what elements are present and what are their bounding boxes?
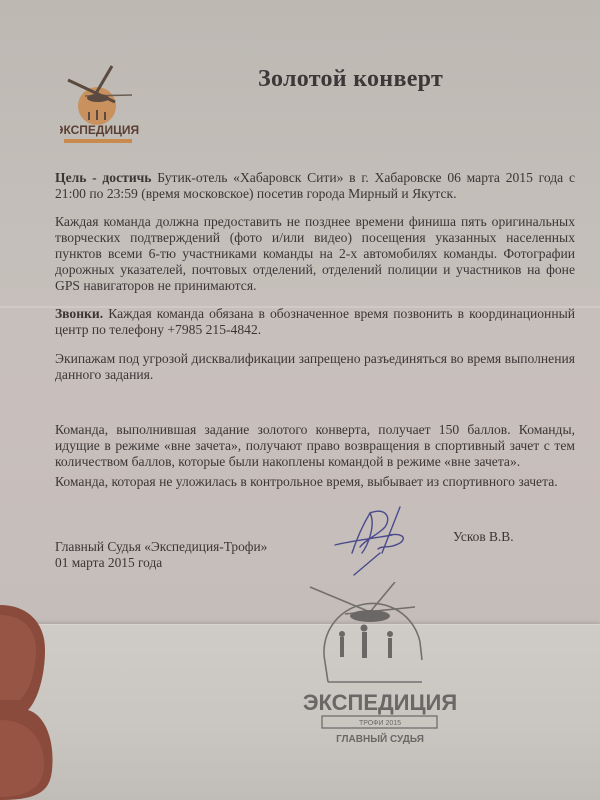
expedition-helicopter-logo-icon: ЭКСПЕДИЦИЯ [60, 60, 140, 155]
paragraph-points: Команда, выполнившая задание золотого ко… [55, 422, 575, 470]
signatory-name: Усков В.В. [453, 529, 514, 545]
signature-date: 01 марта 2015 года [55, 555, 267, 571]
paper-sheet: ЭКСПЕДИЦИЯ Золотой конверт Цель - достич… [0, 0, 600, 800]
svg-text:ГЛАВНЫЙ СУДЬЯ: ГЛАВНЫЙ СУДЬЯ [336, 732, 424, 745]
signatory-role: Главный Судья «Экспедиция-Трофи» [55, 539, 267, 555]
finger-holding-paper [0, 605, 60, 800]
paragraph-confirmations: Каждая команда должна предоставить не по… [55, 214, 575, 294]
signatory-block: Главный Судья «Экспедиция-Трофи» 01 март… [55, 539, 267, 571]
paragraph-timeout: Команда, которая не уложилась в контроль… [55, 474, 575, 490]
calls-label: Звонки. [55, 306, 103, 321]
expedition-stamp-icon: ЭКСПЕДИЦИЯ ТРОФИ 2015 ГЛАВНЫЙ СУДЬЯ [300, 582, 460, 800]
paragraph-crews: Экипажам под угрозой дисквалификации зап… [55, 351, 575, 383]
goal-label: Цель - достичь [55, 170, 152, 185]
calls-text: Каждая команда обязана в обозначенное вр… [55, 306, 575, 337]
svg-text:ТРОФИ 2015: ТРОФИ 2015 [359, 720, 401, 727]
svg-text:ЭКСПЕДИЦИЯ: ЭКСПЕДИЦИЯ [60, 123, 139, 137]
handwritten-signature-icon [330, 505, 420, 580]
paragraph-calls: Звонки. Каждая команда обязана в обознач… [55, 306, 575, 338]
svg-text:ЭКСПЕДИЦИЯ: ЭКСПЕДИЦИЯ [303, 690, 457, 715]
document-title: Золотой конверт [258, 66, 443, 93]
paragraph-goal: Цель - достичь Бутик-отель «Хабаровск Си… [55, 170, 575, 202]
